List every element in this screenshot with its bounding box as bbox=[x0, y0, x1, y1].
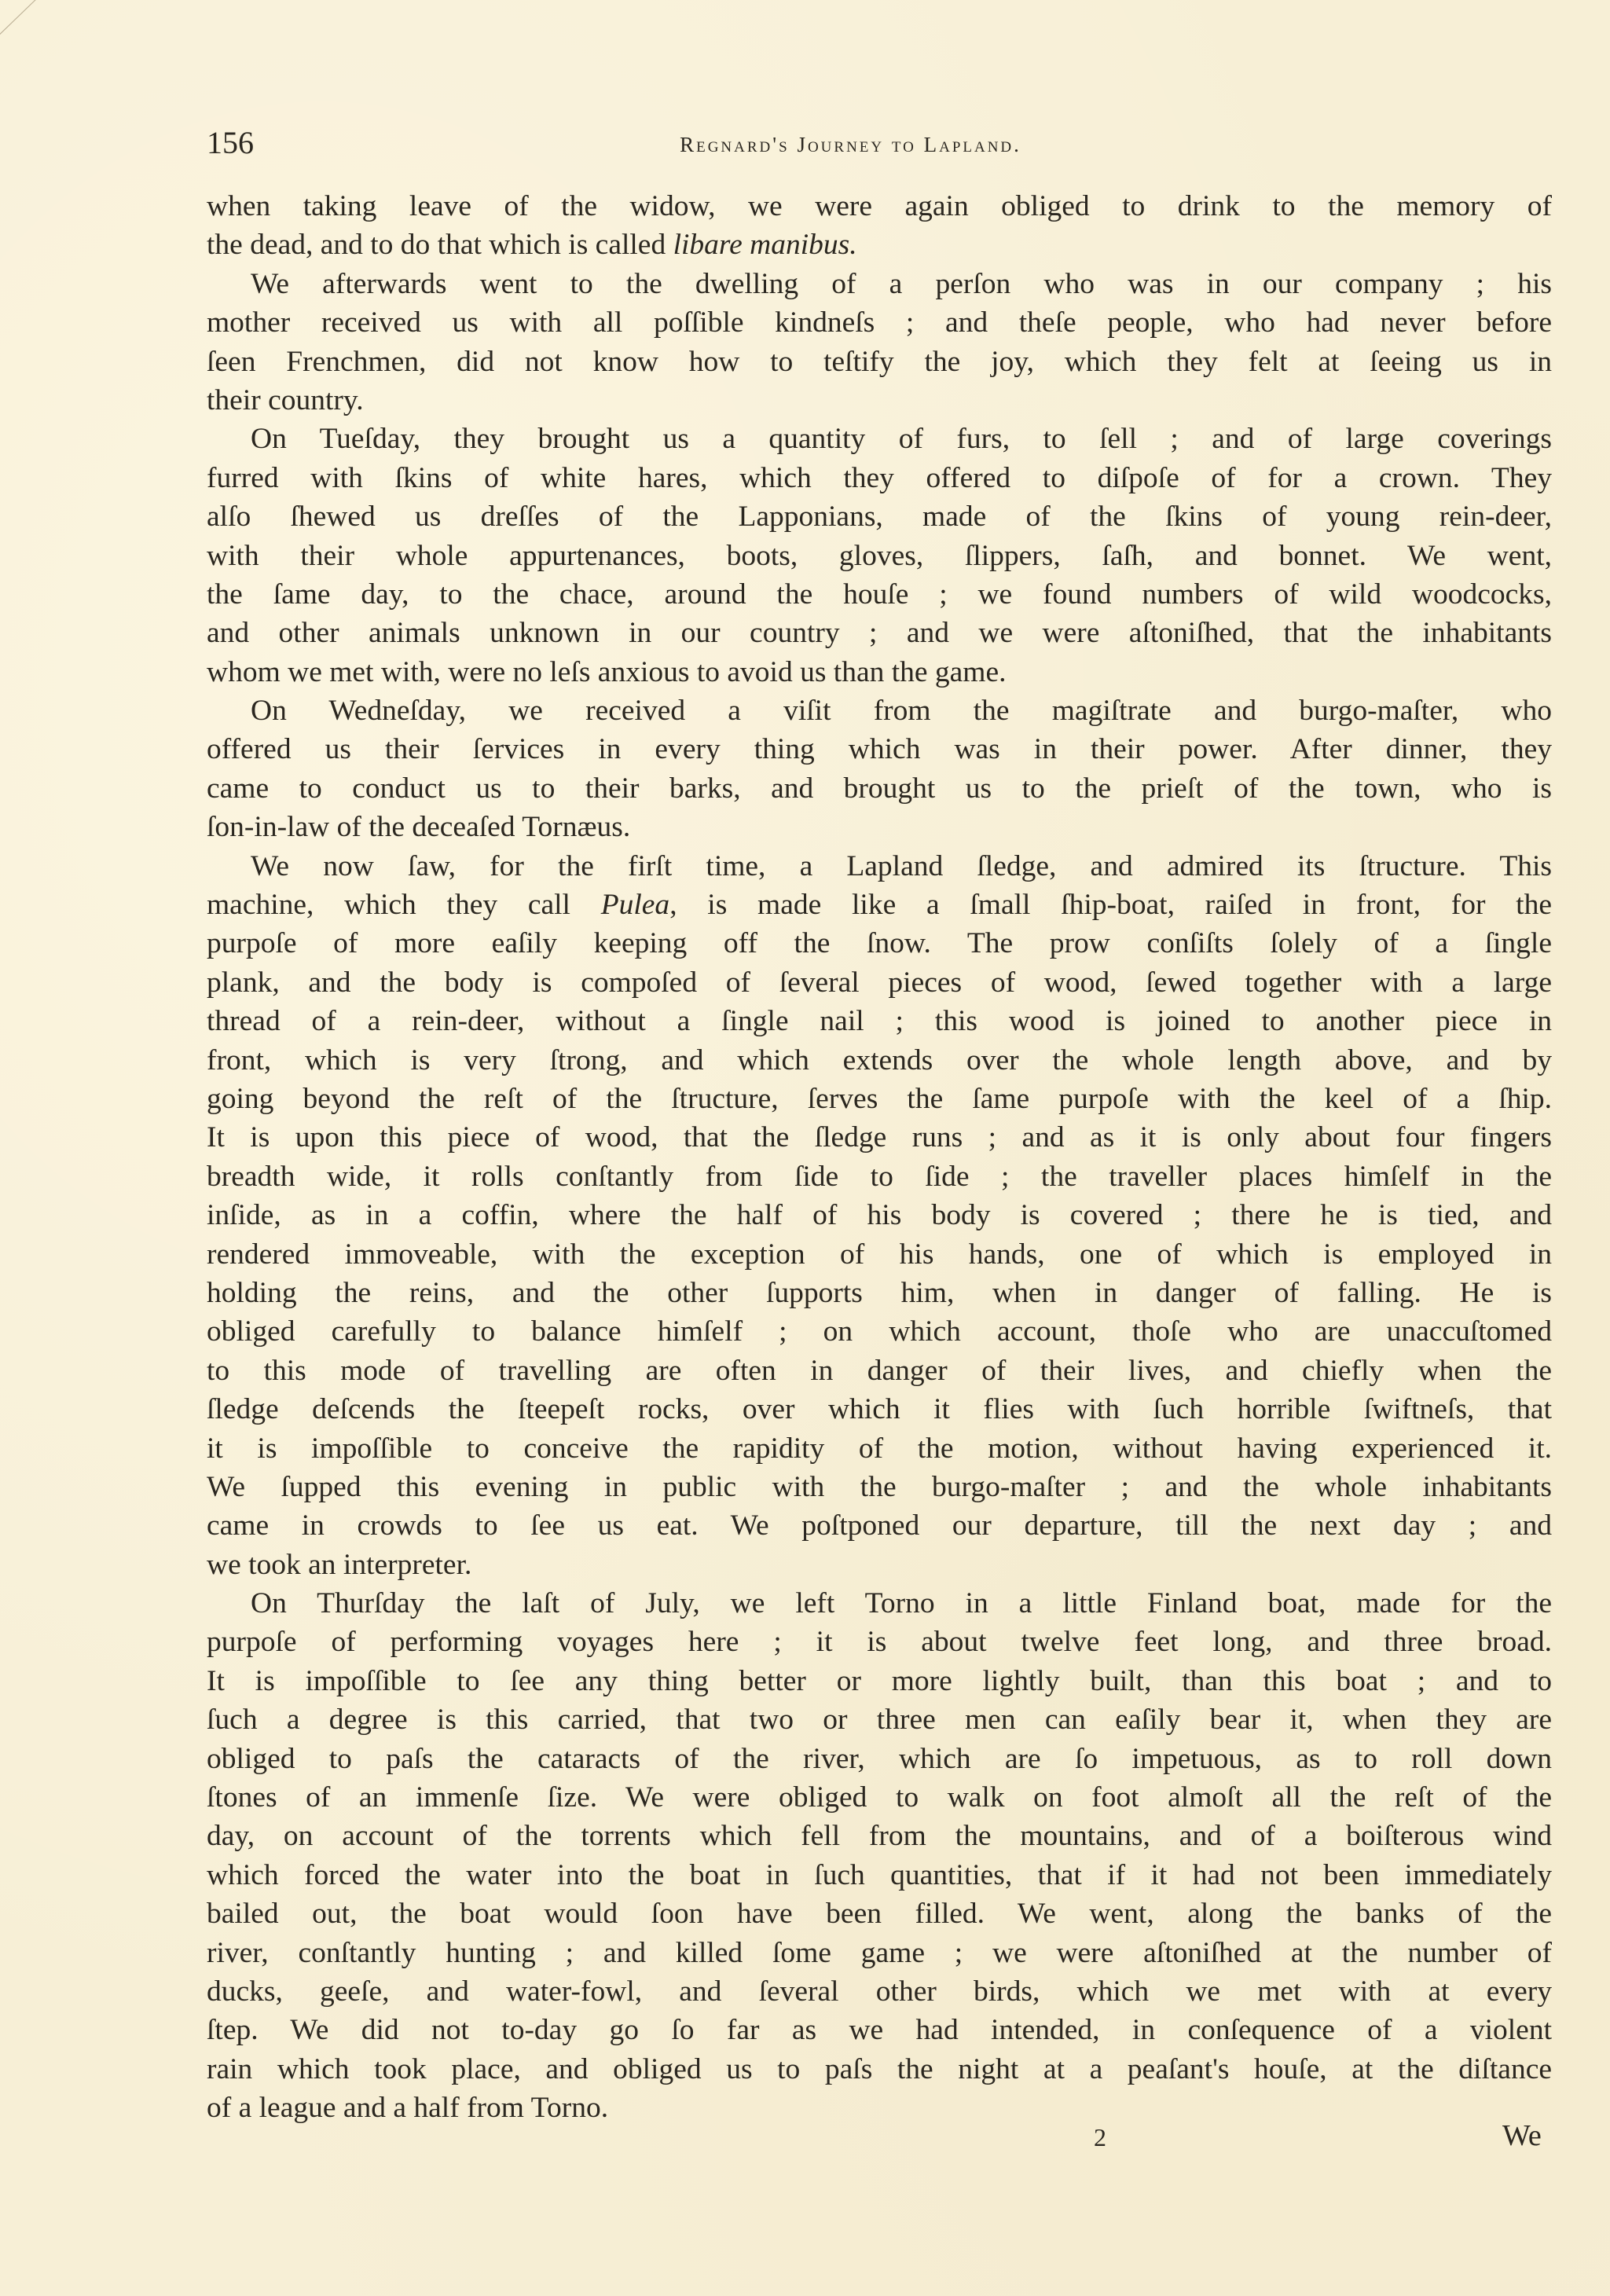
text-run: offered us their ſervices in every thing… bbox=[207, 733, 1552, 765]
text-run: We now ſaw, for the firſt time, a Laplan… bbox=[251, 850, 1552, 882]
signature-mark: 2 bbox=[1094, 2122, 1106, 2153]
text-line: front, which is very ſtrong, and which e… bbox=[207, 1041, 1552, 1080]
text-line: came in crowds to ſee us eat. We poſtpon… bbox=[207, 1506, 1552, 1545]
text-run: It is upon this piece of wood, that the … bbox=[207, 1121, 1552, 1154]
text-run: ſtep. We did not to-day go ſo far as we … bbox=[207, 2014, 1552, 2046]
text-line: furred with ſkins of white hares, which … bbox=[207, 459, 1552, 497]
text-line: came to conduct us to their barks, and b… bbox=[207, 769, 1552, 808]
text-run: we took an interpreter. bbox=[207, 1549, 471, 1581]
text-run: rain which took place, and obliged us to… bbox=[207, 2053, 1552, 2085]
text-line: ſledge deſcends the ſteepeſt rocks, over… bbox=[207, 1390, 1552, 1429]
text-run: to this mode of travelling are often in … bbox=[207, 1355, 1552, 1387]
text-run: On Thurſday the laſt of July, we left To… bbox=[251, 1587, 1552, 1619]
text-run: ſledge deſcends the ſteepeſt rocks, over… bbox=[207, 1393, 1552, 1425]
text-line: which forced the water into the boat in … bbox=[207, 1856, 1552, 1894]
text-line: plank, and the body is compoſed of ſever… bbox=[207, 963, 1552, 1002]
page-number: 156 bbox=[207, 126, 254, 160]
text-run: the ſame day, to the chace, around the h… bbox=[207, 578, 1552, 611]
text-run: plank, and the body is compoſed of ſever… bbox=[207, 966, 1552, 999]
text-run: breadth wide, it rolls conſtantly from ſ… bbox=[207, 1161, 1552, 1193]
text-line: river, conſtantly hunting ; and killed ſ… bbox=[207, 1934, 1552, 1972]
text-run: whom we met with, were no leſs anxious t… bbox=[207, 656, 1007, 688]
text-run: with their whole appurtenances, boots, g… bbox=[207, 540, 1552, 572]
text-run: which forced the water into the boat in … bbox=[207, 1859, 1552, 1891]
text-line: On Thurſday the laſt of July, we left To… bbox=[207, 1584, 1552, 1623]
text-run: obliged carefully to balance himſelf ; o… bbox=[207, 1315, 1552, 1348]
text-run: We afterwards went to the dwelling of a … bbox=[251, 268, 1552, 300]
text-line: and other animals unknown in our country… bbox=[207, 614, 1552, 652]
text-line: purpoſe of performing voyages here ; it … bbox=[207, 1623, 1552, 1661]
text-line: rendered immoveable, with the exception … bbox=[207, 1235, 1552, 1274]
text-run: day, on account of the torrents which fe… bbox=[207, 1820, 1552, 1852]
page-fold-mark bbox=[0, 0, 104, 50]
text-line: whom we met with, were no leſs anxious t… bbox=[207, 653, 1552, 691]
text-line: ſtones of an immenſe ſize. We were oblig… bbox=[207, 1778, 1552, 1817]
text-line: On Tueſday, they brought us a quantity o… bbox=[207, 420, 1552, 458]
text-line: to this mode of travelling are often in … bbox=[207, 1352, 1552, 1390]
text-run: ſeen Frenchmen, did not know how to teſt… bbox=[207, 346, 1552, 378]
text-line: it is impoſſible to conceive the rapidit… bbox=[207, 1429, 1552, 1468]
text-run: machine, which they call bbox=[207, 889, 601, 921]
text-run: and other animals unknown in our country… bbox=[207, 617, 1552, 649]
italic-phrase: libare manibus. bbox=[673, 229, 857, 261]
text-run: came to conduct us to their barks, and b… bbox=[207, 772, 1552, 805]
text-line: mother received us with all poſſible kin… bbox=[207, 303, 1552, 342]
catchword: We bbox=[1502, 2118, 1542, 2153]
text-line: inſide, as in a coffin, where the half o… bbox=[207, 1196, 1552, 1234]
text-line: we took an interpreter. bbox=[207, 1546, 1552, 1584]
text-run: furred with ſkins of white hares, which … bbox=[207, 462, 1552, 494]
text-line: alſo ſhewed us dreſſes of the Lapponians… bbox=[207, 497, 1552, 536]
text-line: ſuch a degree is this carried, that two … bbox=[207, 1700, 1552, 1739]
text-line: thread of a rein-deer, without a ſingle … bbox=[207, 1002, 1552, 1040]
text-run: going beyond the reſt of the ſtructure, … bbox=[207, 1083, 1552, 1115]
text-line: the ſame day, to the chace, around the h… bbox=[207, 575, 1552, 614]
text-line: ſtep. We did not to-day go ſo far as we … bbox=[207, 2011, 1552, 2049]
body-text: when taking leave of the widow, we were … bbox=[207, 187, 1552, 2128]
text-run: ſtones of an immenſe ſize. We were oblig… bbox=[207, 1781, 1552, 1814]
text-line: ducks, geeſe, and water-fowl, and ſevera… bbox=[207, 1972, 1552, 2011]
text-line: day, on account of the torrents which fe… bbox=[207, 1817, 1552, 1855]
text-run: ſon-in-law of the deceaſed Tornæus. bbox=[207, 811, 630, 843]
text-run: their country. bbox=[207, 384, 364, 416]
text-run: thread of a rein-deer, without a ſingle … bbox=[207, 1005, 1552, 1037]
text-line: It is upon this piece of wood, that the … bbox=[207, 1118, 1552, 1157]
text-line: offered us their ſervices in every thing… bbox=[207, 730, 1552, 768]
text-line: bailed out, the boat would ſoon have bee… bbox=[207, 1894, 1552, 1933]
text-line: holding the reins, and the other ſupport… bbox=[207, 1274, 1552, 1312]
text-run: when taking leave of the widow, we were … bbox=[207, 190, 1552, 222]
text-line: obliged carefully to balance himſelf ; o… bbox=[207, 1312, 1552, 1351]
text-run: it is impoſſible to conceive the rapidit… bbox=[207, 1432, 1552, 1465]
text-line: We ſupped this evening in public with th… bbox=[207, 1468, 1552, 1506]
text-run: of a league and a half from Torno. bbox=[207, 2092, 608, 2124]
text-run: ducks, geeſe, and water-fowl, and ſevera… bbox=[207, 1975, 1552, 2008]
text-line: ſon-in-law of the deceaſed Tornæus. bbox=[207, 808, 1552, 846]
text-line: It is impoſſible to ſee any thing better… bbox=[207, 1662, 1552, 1700]
text-line: the dead, and to do that which is called… bbox=[207, 226, 1552, 264]
text-run: came in crowds to ſee us eat. We poſtpon… bbox=[207, 1509, 1552, 1542]
text-run: purpoſe of more eaſily keeping off the ſ… bbox=[207, 927, 1552, 959]
text-line: with their whole appurtenances, boots, g… bbox=[207, 537, 1552, 575]
text-run: front, which is very ſtrong, and which e… bbox=[207, 1044, 1552, 1076]
text-line: We now ſaw, for the firſt time, a Laplan… bbox=[207, 847, 1552, 886]
text-run: , is made like a ſmall ſhip-boat, raiſed… bbox=[669, 889, 1552, 921]
text-run: It is impoſſible to ſee any thing better… bbox=[207, 1665, 1552, 1697]
text-run: mother received us with all poſſible kin… bbox=[207, 306, 1552, 339]
text-line: obliged to paſs the cataracts of the riv… bbox=[207, 1740, 1552, 1778]
text-run: river, conſtantly hunting ; and killed ſ… bbox=[207, 1937, 1552, 1969]
text-line: purpoſe of more eaſily keeping off the ſ… bbox=[207, 924, 1552, 963]
text-run: the dead, and to do that which is called bbox=[207, 229, 673, 261]
text-line: breadth wide, it rolls conſtantly from ſ… bbox=[207, 1157, 1552, 1196]
italic-phrase: Pulea bbox=[601, 889, 669, 921]
text-run: On Wedneſday, we received a viſit from t… bbox=[251, 695, 1552, 727]
text-line: of a league and a half from Torno. bbox=[207, 2089, 1552, 2127]
text-run: purpoſe of performing voyages here ; it … bbox=[207, 1626, 1552, 1658]
text-run: holding the reins, and the other ſupport… bbox=[207, 1277, 1552, 1309]
text-run: On Tueſday, they brought us a quantity o… bbox=[251, 423, 1552, 455]
text-run: rendered immoveable, with the exception … bbox=[207, 1238, 1552, 1271]
text-run: inſide, as in a coffin, where the half o… bbox=[207, 1199, 1552, 1231]
text-run: We ſupped this evening in public with th… bbox=[207, 1471, 1552, 1503]
text-run: alſo ſhewed us dreſſes of the Lapponians… bbox=[207, 501, 1552, 533]
text-line: when taking leave of the widow, we were … bbox=[207, 187, 1552, 226]
text-line: ſeen Frenchmen, did not know how to teſt… bbox=[207, 343, 1552, 381]
running-head: Regnard's Journey to Lapland. bbox=[471, 132, 1230, 157]
text-line: On Wedneſday, we received a viſit from t… bbox=[207, 691, 1552, 730]
text-line: We afterwards went to the dwelling of a … bbox=[207, 265, 1552, 303]
text-line: rain which took place, and obliged us to… bbox=[207, 2050, 1552, 2089]
text-line: going beyond the reſt of the ſtructure, … bbox=[207, 1080, 1552, 1118]
text-run: bailed out, the boat would ſoon have bee… bbox=[207, 1898, 1552, 1930]
text-line: their country. bbox=[207, 381, 1552, 420]
text-run: ſuch a degree is this carried, that two … bbox=[207, 1704, 1552, 1736]
text-run: obliged to paſs the cataracts of the riv… bbox=[207, 1743, 1552, 1775]
text-line: machine, which they call Pulea, is made … bbox=[207, 886, 1552, 924]
